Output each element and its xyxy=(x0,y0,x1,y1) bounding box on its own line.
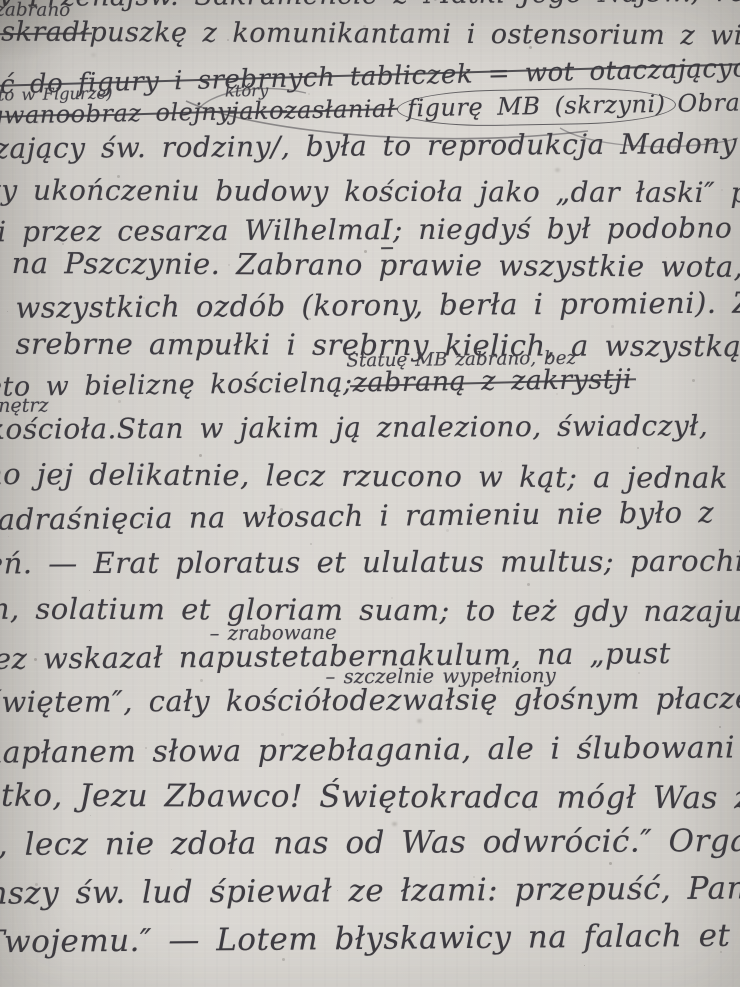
text-segment: ć, lecz nie zdoła nas od Was odwrócić.″ … xyxy=(0,822,740,865)
handwriting-line: ęto w bieliznę kościelną; zabraną z zakr… xyxy=(0,363,632,405)
paper-speck xyxy=(417,719,422,723)
handwriting-line: Twojemu.″ — Lotem błyskawicy na falach e… xyxy=(0,917,731,962)
paper-speck xyxy=(527,583,530,586)
text-segment: w Przenajśw. Sakramencie z Matki Jego Na… xyxy=(0,0,740,15)
handwriting-line: mszy św. lud śpiewał ze łzami: przepuść,… xyxy=(0,869,740,913)
handwriting-line: i skradłzabrano puszkę z komunikantami i… xyxy=(0,16,740,55)
text-segment: zadraśnięcia na włosach i ramieniu nie b… xyxy=(0,494,714,538)
text-segment: puste– zrabowane xyxy=(216,638,300,675)
text-segment: się głośnym płaczem xyxy=(455,680,740,718)
handwriting-line: w Przenajśw. Sakramencie z Matki Jego Na… xyxy=(0,0,740,15)
handwriting-line: no jej delikatnie, lecz rzucono w kąt; a… xyxy=(0,456,740,496)
text-segment: puszkę z komunikantami i ostensorium z w… xyxy=(89,16,740,54)
text-segment: mszy św. lud śpiewał ze łzami: przepuść,… xyxy=(0,869,740,913)
interlinear-insertion: zabrano xyxy=(0,1,70,20)
interlinear-insertion: wnętrz xyxy=(0,397,49,416)
text-segment: ji przez cesarza Wilhelma xyxy=(0,212,381,249)
interlinear-insertion: który xyxy=(225,83,269,100)
paper-speck xyxy=(638,672,640,674)
handwriting-line: kościoła.wnętrz Stan w jakim ją znalezio… xyxy=(0,408,708,447)
paper-speck xyxy=(171,869,172,870)
struck-text: gwanotęto w Figurze) xyxy=(0,99,71,130)
text-segment: ; niegdyś był podobno własno xyxy=(393,210,740,247)
struck-text: obraz olejny xyxy=(70,96,231,129)
paper-speck xyxy=(692,379,695,382)
manuscript-photo: w Przenajśw. Sakramencie z Matki Jego Na… xyxy=(0,0,740,987)
paper-speck xyxy=(200,679,203,682)
circled-text: figurę MB (skrzyni) xyxy=(397,87,676,128)
struck-text: skradłzabrano xyxy=(1,16,89,50)
text-segment: Stan w jakim ją znaleziono, świadczył, xyxy=(117,408,709,446)
handwriting-line: atko, Jezu Zbawco! Świętokradca mógł Was… xyxy=(0,777,740,818)
handwriting-line: m, solatium et gloriam suam; to też gdy … xyxy=(0,591,740,630)
text-segment: no jej delikatnie, lecz rzucono w kąt; a… xyxy=(0,456,740,496)
handwriting-line: kapłanem słowa przebłagania, ale i ślubo… xyxy=(0,729,735,772)
text-segment: ł na Pszczynie. Zabrano prawie wszystkie… xyxy=(0,245,740,286)
text-segment: I xyxy=(381,212,393,249)
paper-speck xyxy=(91,53,96,57)
struck-text: zabraną z zakrystjiStatuę MB zabrano, be… xyxy=(352,363,632,400)
handwriting-line: eń. — Erat ploratus et ululatus multus; … xyxy=(0,543,740,582)
text-segment: zy ukończeniu budowy kościoła jako „dar … xyxy=(0,173,740,211)
struck-text: jakoktóry xyxy=(231,96,284,127)
handwriting-line: zadraśnięcia na włosach i ramieniu nie b… xyxy=(0,494,714,538)
paper-speck xyxy=(637,447,639,449)
text-segment: ęto w bieliznę kościelną; xyxy=(0,366,353,404)
text-segment: kapłanem słowa przebłagania, ale i ślubo… xyxy=(0,729,735,772)
text-segment: Obrazten xyxy=(677,87,740,118)
handwriting-line: ł na Pszczynie. Zabrano prawie wszystkie… xyxy=(0,245,740,286)
handwriting-line: czający św. rodziny/, była to reprodukcj… xyxy=(0,125,740,166)
handwriting-line: zy ukończeniu budowy kościoła jako „dar … xyxy=(0,173,740,211)
paper-speck xyxy=(719,726,721,728)
handwriting-line: świętem″, cały kościół odezwał– szczelni… xyxy=(0,680,740,720)
paper-speck xyxy=(584,965,585,966)
handwriting-line: ć, lecz nie zdoła nas od Was odwrócić.″ … xyxy=(0,822,740,865)
handwriting-line: z wszystkich ozdób (korony, berła i prom… xyxy=(0,284,740,326)
text-segment: odezwał– szczelnie wypełniony xyxy=(331,682,455,719)
text-segment: łez wskazał na xyxy=(0,639,216,677)
text-segment: atko, Jezu Zbawco! Świętokradca mógł Was… xyxy=(0,777,740,818)
text-segment: eń. — Erat ploratus et ululatus multus; … xyxy=(0,543,740,582)
text-segment: czający św. rodziny/, była to reprodukcj… xyxy=(0,125,740,166)
paper-speck xyxy=(609,862,612,865)
struck-text: zasłaniał xyxy=(284,94,396,126)
interlinear-insertion: Statuę MB zabrano, bez xyxy=(346,349,576,370)
text-segment: z wszystkich ozdób (korony, berła i prom… xyxy=(0,284,740,326)
text-segment: kościoła.wnętrz xyxy=(0,411,117,447)
text-segment: m, solatium et gloriam suam; to też gdy … xyxy=(0,591,740,630)
paper-speck xyxy=(555,168,560,172)
text-segment: świętem″, cały kościół xyxy=(0,682,332,720)
text-segment: Twojemu.″ — Lotem błyskawicy na falach e… xyxy=(0,917,731,962)
